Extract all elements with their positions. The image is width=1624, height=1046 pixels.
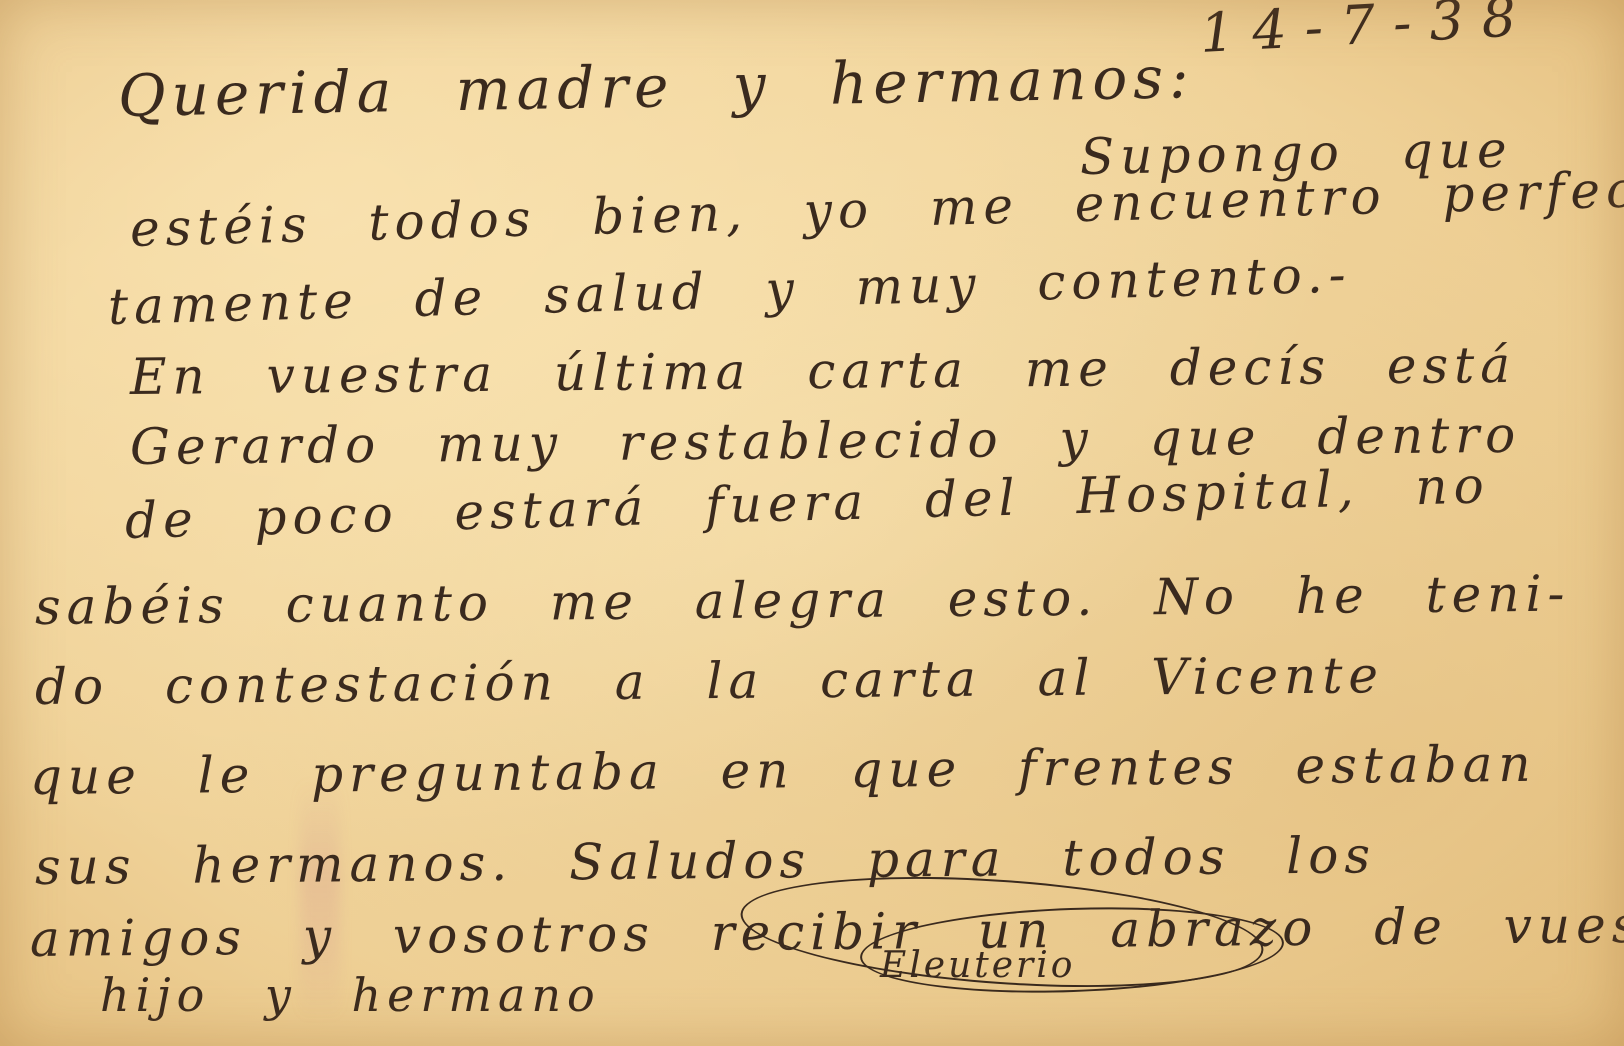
letter-line-4: En vuestra última carta me decís está — [130, 336, 1517, 406]
letter-date: 14-7-38 — [1198, 0, 1535, 65]
letter-line-11: amigos y vosotros recibir un abrazo de v… — [30, 895, 1624, 968]
letter-line-2: estéis todos bien, yo me encuentro perfe… — [129, 160, 1624, 258]
letter-line-7: sabéis cuanto me alegra esto. No he teni… — [35, 565, 1571, 636]
signature: Eleuterio — [880, 945, 1075, 986]
letter-page: 14-7-38 Querida madre y hermanos: Supong… — [0, 0, 1624, 1046]
letter-greeting: Querida madre y hermanos: — [117, 43, 1195, 130]
letter-line-3: tamente de salud y muy contento.- — [107, 245, 1352, 336]
letter-line-9: que le preguntaba en que frentes estaban — [30, 735, 1537, 806]
letter-line-10: sus hermanos. Saludos para todos los — [35, 826, 1376, 896]
letter-line-8: do contestación a la carta al Vicente — [35, 646, 1385, 716]
letter-closing: hijo y hermano — [100, 968, 601, 1022]
